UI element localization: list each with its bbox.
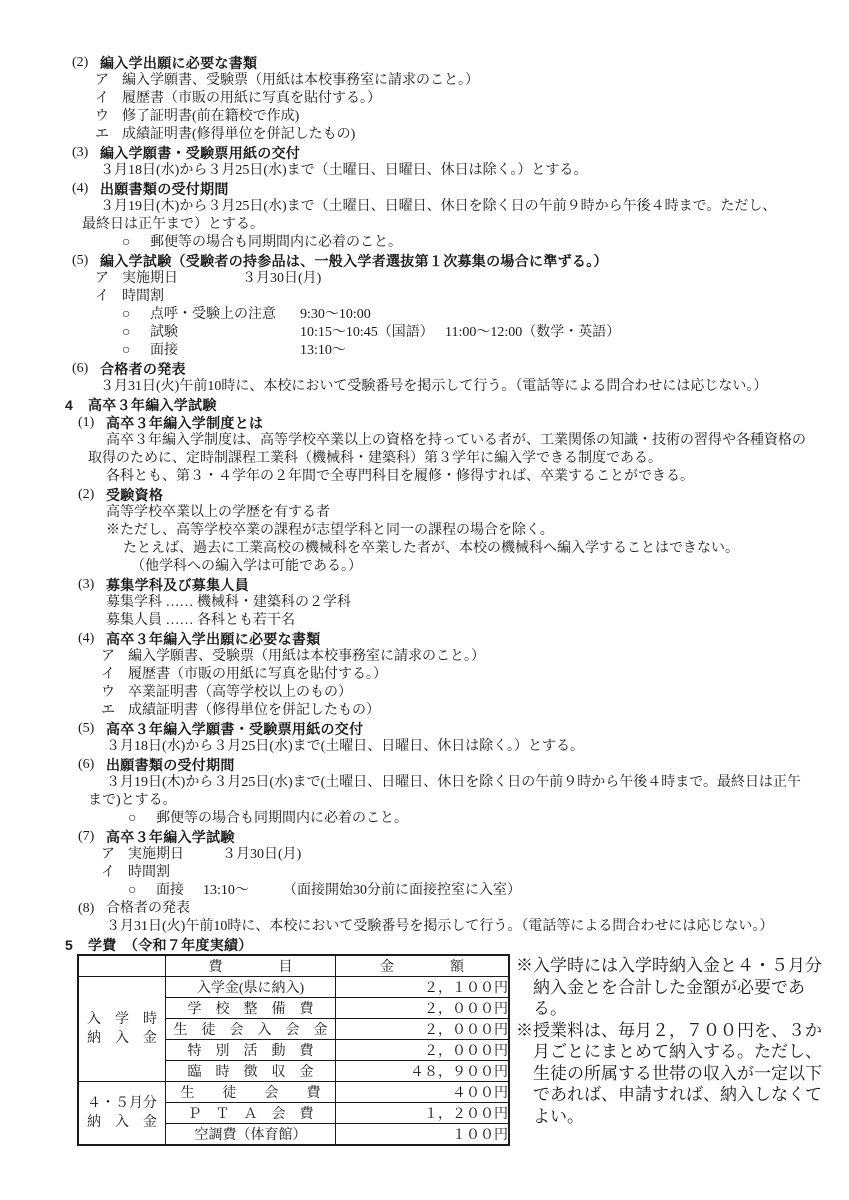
fee-amount-cell: １，２００円 [336,1103,510,1124]
text-segment: 成績証明書（修得単位を併記したもの） [128,702,380,720]
fee-amount-cell: ２，０００円 [336,1040,510,1061]
fee-amount-cell: ２，１００円 [336,977,510,998]
list-marker: (6) [78,756,94,774]
doc-line: (1)高卒３年編入学制度とは [0,414,849,432]
list-marker: (5) [78,720,94,738]
text-segment: 10:15～10:45（国語） [300,324,434,342]
list-marker: (2) [78,486,94,504]
note-paragraph: ※入学時には入学時納入金と４・５月分納入金とを合計した金額が必要である。 [516,955,838,1020]
list-marker: ア [95,270,109,288]
text-segment: 取得のために、定時制課程工業科（機械科・建築科）第３学年に編入学できる制度である… [88,450,662,468]
doc-line: イ履歴書（市販の用紙に写真を貼付する。） [0,666,849,684]
text-segment: 11:00～12:00（数学・英語） [445,324,620,342]
text-segment: 13:10～ [300,342,346,360]
fee-header-cell-item: 費 目 [166,955,336,977]
fee-item-cell: 学 校 整 備 費 [166,998,336,1019]
text-segment: 高等学校卒業以上の学歴を有する者 [106,504,330,522]
text-segment: まで)とする。 [88,792,177,810]
text-segment: ３月18日(水)から３月25日(水)まで(土曜日、日曜日、休日は除く。）とする。 [106,738,584,756]
doc-line: (8)合格者の発表 [0,900,849,918]
text-segment: たとえば、過去に工業高校の機械科を卒業した者が、本校の機械科へ編入学することはで… [123,540,739,558]
text-segment: （面接開始30分前に面接控室に入室） [283,882,521,900]
fee-item-cell: 臨 時 徴 収 金 [166,1061,336,1082]
fee-item-cell: Ｐ Ｔ Ａ 会 費 [166,1103,336,1124]
text-segment: ３月30日(月) [222,846,301,864]
doc-line: イ履歴書（市販の用紙に写真を貼付する。） [0,90,849,108]
doc-line: ア実施期日３月30日(月) [0,270,849,288]
heading-text: 出願書類の受付期間 [106,756,235,774]
fee-item-cell: 生 徒 会 入 会 金 [166,1019,336,1040]
list-marker: ア [101,846,115,864]
text-segment: 履歴書（市販の用紙に写真を貼付する。） [122,90,381,108]
document-body: (2)編入学出願に必要な書類ア編入学願書、受験票（用紙は本校事務室に請求のこと。… [0,54,849,954]
heading-text: 高卒３年編入学願書・受験票用紙の交付 [106,720,363,738]
doc-line: (3)編入学願書・受験票用紙の交付 [0,144,849,162]
text-segment: ３月31日(火)午前10時に、本校において受験番号を掲示して行う。（電話等による… [100,378,767,396]
list-marker: (8) [78,900,94,918]
doc-line: ウ卒業証明書（高等学校以上のもの） [0,684,849,702]
doc-line: 募集人員 …… 各科とも若干名 [0,612,849,630]
doc-line: 高等学校卒業以上の学歴を有する者 [0,504,849,522]
doc-line: ３月18日(水)から３月25日(水)まで（土曜日、日曜日、休日は除く。）とする。 [0,162,849,180]
fee-table: 費 目 金 額 入 学 時 納 入 金 入学金(県に納入) ２，１００円 学 校… [77,954,510,1146]
text-segment: 13:10～ [203,882,249,900]
doc-line: ○郵便等の場合も同期間内に必着のこと。 [0,810,849,828]
doc-line: (5)編入学試験（受験者の持参品は、一般入学者選抜第１次募集の場合に準ずる。） [0,252,849,270]
doc-line: (5)高卒３年編入学願書・受験票用紙の交付 [0,720,849,738]
text-segment: 編入学願書、受験票（用紙は本校事務室に請求のこと。） [128,648,485,666]
heading-text: 編入学出願に必要な書類 [100,54,257,72]
list-marker: ○ [128,882,136,900]
doc-line: イ時間割 [0,864,849,882]
document-page: (2)編入学出願に必要な書類ア編入学願書、受験票（用紙は本校事務室に請求のこと。… [0,0,849,1200]
doc-line: (3)募集学科及び募集人員 [0,576,849,594]
text-segment: 郵便等の場合も同期間内に必着のこと。 [150,234,402,252]
fee-amount-cell: ２，０００円 [336,998,510,1019]
text-segment: 実施期日 [128,846,184,864]
text-segment: 編入学願書、受験票（用紙は本校事務室に請求のこと。） [122,72,479,90]
text-segment: 修了証明書(前在籍校で作成) [122,108,299,126]
heading-text: 編入学願書・受験票用紙の交付 [100,144,300,162]
doc-line: ○試験10:15～10:45（国語）11:00～12:00（数学・英語） [0,324,849,342]
list-marker: ウ [95,108,109,126]
doc-line: ３月31日(火)午前10時に、本校において受験番号を掲示して行う。（電話等による… [0,918,849,936]
text-segment: 募集人員 …… 各科とも若干名 [106,612,295,630]
doc-line: エ成績証明書(修得単位を併記したもの) [0,126,849,144]
doc-line: ○面接13:10～ [0,342,849,360]
text-segment: ３月30日(月) [242,270,321,288]
list-marker: (3) [72,144,88,162]
list-marker: ア [101,648,115,666]
heading-text: 高卒３年編入学試験 [106,828,235,846]
list-marker: イ [95,288,109,306]
text-segment: 郵便等の場合も同期間内に必着のこと。 [156,810,408,828]
text-segment: 高卒３年編入学制度は、高等学校卒業以上の資格を持っている者が、工業関係の知識・技… [106,432,806,450]
fee-amount-cell: ２，０００円 [336,1019,510,1040]
fee-notes: ※入学時には入学時納入金と４・５月分納入金とを合計した金額が必要である。 ※授業… [516,955,838,1127]
list-marker: ○ [122,324,130,342]
heading-text: 出願書類の受付期間 [100,180,229,198]
doc-line: エ成績証明書（修得単位を併記したもの） [0,702,849,720]
text-segment: 時間割 [128,864,170,882]
heading-text: 高卒３年編入学試験 [88,396,217,414]
text-segment: 履歴書（市販の用紙に写真を貼付する。） [128,666,387,684]
fee-header-cell-empty [78,955,166,977]
heading-text: 高卒３年編入学制度とは [106,414,263,432]
heading-text: 高卒３年編入学出願に必要な書類 [106,630,321,648]
doc-line: まで)とする。 [0,792,849,810]
doc-line: ウ修了証明書(前在籍校で作成) [0,108,849,126]
list-marker: ア [95,72,109,90]
fee-amount-cell: ４８，９００円 [336,1061,510,1082]
doc-line: (7)高卒３年編入学試験 [0,828,849,846]
list-marker: (4) [78,630,94,648]
text-segment: 募集学科 …… 機械科・建築科の２学科 [106,594,351,612]
doc-line: 高卒３年編入学制度は、高等学校卒業以上の資格を持っている者が、工業関係の知識・技… [0,432,849,450]
doc-line: ○点呼・受験上の注意9:30～10:00 [0,306,849,324]
fee-header-cell-amount: 金 額 [336,955,510,977]
doc-line: (4)出願書類の受付期間 [0,180,849,198]
text-segment: ※ただし、高等学校卒業の課程が志望学科と同一の課程の場合を除く。 [106,522,554,540]
fee-item-cell: 特 別 活 動 費 [166,1040,336,1061]
doc-line: ア編入学願書、受験票（用紙は本校事務室に請求のこと。） [0,648,849,666]
list-marker: (1) [78,414,94,432]
list-marker: ○ [122,306,130,324]
list-marker: イ [101,864,115,882]
list-marker: 5 [65,936,73,954]
fee-amount-cell: ４００円 [336,1082,510,1103]
fee-amount-cell: １００円 [336,1124,510,1146]
doc-line: ３月31日(火)午前10時に、本校において受験番号を掲示して行う。（電話等による… [0,378,849,396]
doc-line: ３月18日(水)から３月25日(水)まで(土曜日、日曜日、休日は除く。）とする。 [0,738,849,756]
fee-item-cell: 空調費（体育館） [166,1124,336,1146]
text-segment: 試験 [150,324,178,342]
list-marker: 4 [65,396,73,414]
list-marker: ○ [128,810,136,828]
fee-group-label: ４・５月分 納 入 金 [78,1082,166,1146]
text-segment: 卒業証明書（高等学校以上のもの） [128,684,352,702]
list-marker: イ [95,90,109,108]
doc-line: 4高卒３年編入学試験 [0,396,849,414]
doc-line: ○郵便等の場合も同期間内に必着のこと。 [0,234,849,252]
heading-text: 合格者の発表 [100,360,186,378]
list-marker: エ [95,126,109,144]
text-segment: ３月18日(水)から３月25日(水)まで（土曜日、日曜日、休日は除く。）とする。 [100,162,587,180]
text-segment: 合格者の発表 [106,900,190,918]
doc-line: (6)合格者の発表 [0,360,849,378]
table-row: ４・５月分 納 入 金 生 徒 会 費 ４００円 [78,1082,509,1103]
text-segment: 点呼・受験上の注意 [150,306,276,324]
text-segment: （他学科への編入学は可能である。） [131,558,362,576]
note-paragraph: ※授業料は、毎月２，７００円を、３か月ごとにまとめて納入する。ただし、生徒の所属… [516,1020,838,1128]
fee-table-section: 費 目 金 額 入 学 時 納 入 金 入学金(県に納入) ２，１００円 学 校… [77,954,510,1146]
list-marker: ウ [101,684,115,702]
text-segment: ３月31日(火)午前10時に、本校において受験番号を掲示して行う。（電話等による… [106,918,773,936]
doc-line: 5学費 （令和７年度実績） [0,936,849,954]
doc-line: (4)高卒３年編入学出願に必要な書類 [0,630,849,648]
heading-text: 編入学試験（受験者の持参品は、一般入学者選抜第１次募集の場合に準ずる。） [100,252,608,270]
text-segment: 9:30～10:00 [300,306,371,324]
text-segment: ３月19日(木)から３月25日(水)まで(土曜日、日曜日、休日を除く日の午前９時… [106,774,801,792]
text-segment: 成績証明書(修得単位を併記したもの) [122,126,355,144]
list-marker: (5) [72,252,88,270]
list-marker: ○ [122,342,130,360]
text-segment: 時間割 [122,288,164,306]
doc-line: ア実施期日３月30日(月) [0,846,849,864]
fee-item-cell: 入学金(県に納入) [166,977,336,998]
fee-item-cell: 生 徒 会 費 [166,1082,336,1103]
doc-line: ※ただし、高等学校卒業の課程が志望学科と同一の課程の場合を除く。 [0,522,849,540]
doc-line: たとえば、過去に工業高校の機械科を卒業した者が、本校の機械科へ編入学することはで… [0,540,849,558]
list-marker: (3) [78,576,94,594]
fee-header-row: 費 目 金 額 [78,955,509,977]
doc-line: 最終日は正午まで）とする。 [0,216,849,234]
doc-line: ３月19日(木)から３月25日(水)まで（土曜日、日曜日、休日を除く日の午前９時… [0,198,849,216]
doc-line: 取得のために、定時制課程工業科（機械科・建築科）第３学年に編入学できる制度である… [0,450,849,468]
heading-text: 募集学科及び募集人員 [106,576,249,594]
list-marker: エ [101,702,115,720]
list-marker: イ [101,666,115,684]
list-marker: (2) [72,54,88,72]
text-segment: ３月19日(木)から３月25日(水)まで（土曜日、日曜日、休日を除く日の午前９時… [100,198,776,216]
text-segment: 実施期日 [122,270,178,288]
table-row: 入 学 時 納 入 金 入学金(県に納入) ２，１００円 [78,977,509,998]
heading-text: 学費 （令和７年度実績） [88,936,253,954]
text-segment: 各科とも、第３・４学年の２年間で全専門科目を履修・修得すれば、卒業することができ… [106,468,694,486]
list-marker: (6) [72,360,88,378]
doc-line: 募集学科 …… 機械科・建築科の２学科 [0,594,849,612]
list-marker: (4) [72,180,88,198]
doc-line: (6)出願書類の受付期間 [0,756,849,774]
doc-line: ○面接13:10～（面接開始30分前に面接控室に入室） [0,882,849,900]
text-segment: 面接 [150,342,178,360]
fee-group-label: 入 学 時 納 入 金 [78,977,166,1082]
list-marker: ○ [122,234,130,252]
doc-line: (2)編入学出願に必要な書類 [0,54,849,72]
text-segment: 最終日は正午まで）とする。 [82,216,264,234]
doc-line: 各科とも、第３・４学年の２年間で全専門科目を履修・修得すれば、卒業することができ… [0,468,849,486]
text-segment: 面接 [156,882,184,900]
doc-line: （他学科への編入学は可能である。） [0,558,849,576]
list-marker: (7) [78,828,94,846]
doc-line: ３月19日(木)から３月25日(水)まで(土曜日、日曜日、休日を除く日の午前９時… [0,774,849,792]
doc-line: (2)受験資格 [0,486,849,504]
heading-text: 受験資格 [106,486,163,504]
doc-line: イ時間割 [0,288,849,306]
doc-line: ア編入学願書、受験票（用紙は本校事務室に請求のこと。） [0,72,849,90]
